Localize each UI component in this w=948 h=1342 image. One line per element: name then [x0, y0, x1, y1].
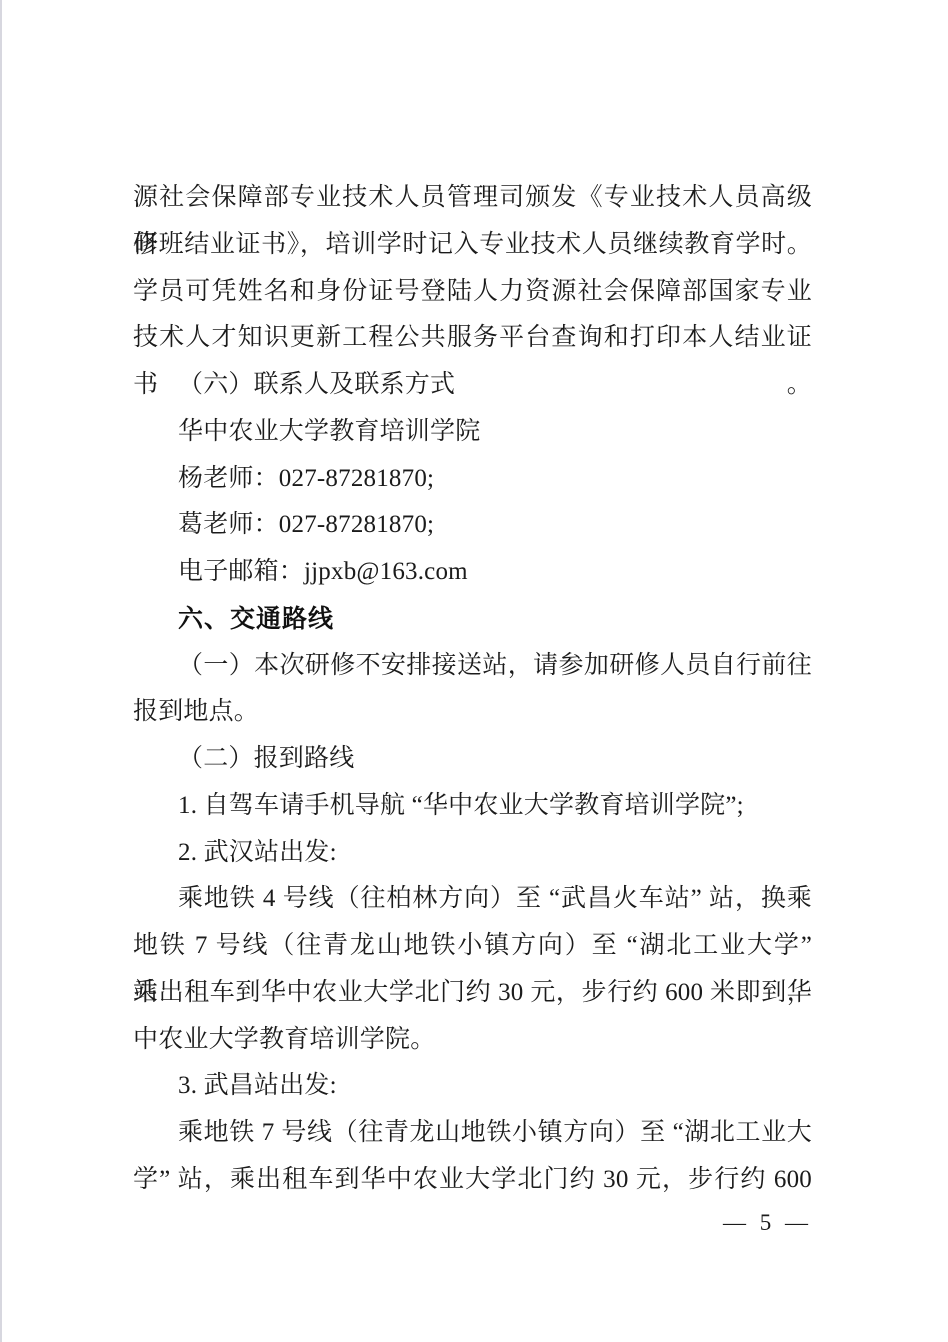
text-line: 中农业大学教育培训学院。 — [133, 1017, 812, 1064]
text-line: 乘地铁 4 号线（往柏林方向）至 “武昌火车站” 站，换乘 — [133, 876, 812, 923]
page-left-edge-line — [0, 0, 2, 1342]
text-line: 学” 站，乘出租车到华中农业大学北门约 30 元，步行约 600 — [133, 1157, 812, 1204]
text-line-phone-yang: 杨老师：027-87281870; — [133, 456, 812, 503]
text-line: 修班结业证书》，培训学时记入专业技术人员继续教育学时。 — [133, 222, 812, 269]
text-line-route-3: 3. 武昌站出发: — [133, 1063, 812, 1110]
page-number: — 5 — — [723, 1208, 812, 1238]
text-line-route-1: 1. 自驾车请手机导航 “华中农业大学教育培训学院”; — [133, 783, 812, 830]
text-line: 报到地点。 — [133, 689, 812, 736]
text-line: 技术人才知识更新工程公共服务平台查询和打印本人结业证书。 — [133, 315, 812, 362]
text-line-phone-ge: 葛老师：027-87281870; — [133, 502, 812, 549]
section-label-arrival-route: （二）报到路线 — [133, 736, 812, 783]
document-body: 源社会保障部专业技术人员管理司颁发《专业技术人员高级研 修班结业证书》，培训学时… — [133, 175, 812, 1204]
text-line: 源社会保障部专业技术人员管理司颁发《专业技术人员高级研 — [133, 175, 812, 222]
text-line-organization: 华中农业大学教育培训学院 — [133, 409, 812, 456]
text-line-email: 电子邮箱：jjpxb@163.com — [133, 549, 812, 596]
section-heading-traffic-routes: 六、交通路线 — [133, 596, 812, 643]
text-line: 地铁 7 号线（往青龙山地铁小镇方向）至 “湖北工业大学” 站， — [133, 923, 812, 970]
text-line: 乘地铁 7 号线（往青龙山地铁小镇方向）至 “湖北工业大 — [133, 1110, 812, 1157]
text-line: 乘出租车到华中农业大学北门约 30 元，步行约 600 米即到华 — [133, 970, 812, 1017]
text-line: （一）本次研修不安排接送站，请参加研修人员自行前往 — [133, 643, 812, 690]
text-line-route-2: 2. 武汉站出发: — [133, 830, 812, 877]
text-line: 学员可凭姓名和身份证号登陆人力资源社会保障部国家专业 — [133, 269, 812, 316]
